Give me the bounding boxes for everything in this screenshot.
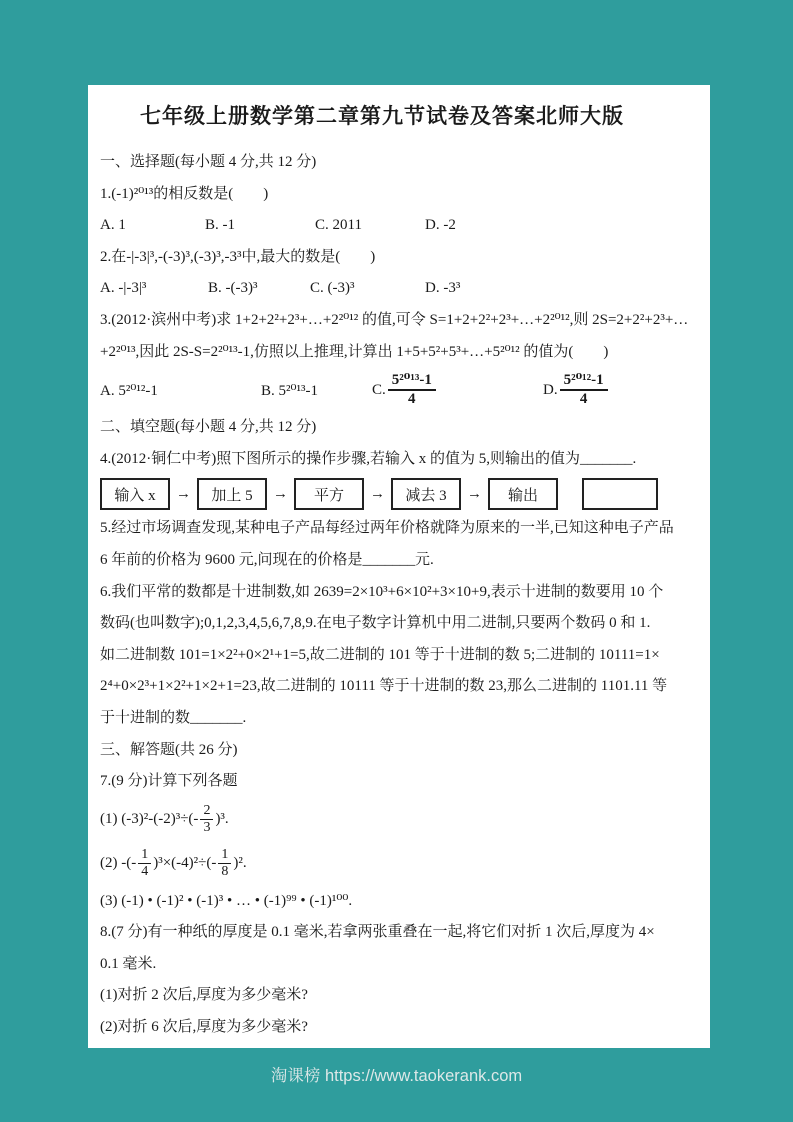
option-c: C. 2011: [315, 210, 425, 242]
flow-box-square: 平方: [294, 478, 364, 510]
question-5-unit: 元.: [415, 552, 434, 568]
question-5-body: 6 年前的价格为 9600 元,问现在的价格是: [100, 552, 363, 568]
question-8-line2: 0.1 毫米.: [100, 949, 664, 981]
fraction-numerator: 5²⁰¹³-1: [388, 372, 436, 391]
option-b: B. -(-3)³: [208, 273, 310, 305]
arrow-right-icon: →: [170, 486, 197, 503]
question-4-body: 4.(2012·铜仁中考)照下图所示的操作步骤,若输入 x 的值为 5,则输出的…: [100, 451, 580, 467]
option-a: A. -|-3|³: [100, 273, 208, 305]
fraction: 1 4: [138, 847, 151, 880]
flow-box-output: 输出: [488, 478, 558, 510]
fraction-denominator: 8: [218, 864, 231, 880]
section1-header: 一、选择题(每小题 4 分,共 12 分): [100, 147, 664, 179]
option-a: A. 1: [100, 210, 205, 242]
expression-text: )³×(-4)²÷(-: [153, 855, 216, 872]
question-6-period: .: [243, 710, 247, 726]
question-7-item2: (2) -(- 1 4 )³×(-4)²÷(- 1 8 )².: [100, 842, 664, 886]
question-7-item1: (1) (-3)²-(-2)³÷(- 2 3 )³.: [100, 798, 664, 842]
page: 七年级上册数学第二章第九节试卷及答案北师大版 一、选择题(每小题 4 分,共 1…: [88, 85, 710, 1048]
flowchart: 输入 x → 加上 5 → 平方 → 减去 3 → 输出: [100, 475, 664, 513]
question-8-sub1: (1)对折 2 次后,厚度为多少毫米?: [100, 980, 664, 1012]
question-1-options: A. 1 B. -1 C. 2011 D. -2: [100, 210, 664, 242]
expression-text: (1) (-3)²-(-2)³÷(-: [100, 811, 198, 828]
answer-blank: _______: [580, 451, 633, 467]
doc-title: 七年级上册数学第二章第九节试卷及答案北师大版: [100, 85, 664, 147]
question-2-text: 2.在-|-3|³,-(-3)³,(-3)³,-3³中,最大的数是( ): [100, 242, 664, 274]
flow-box-subtract3: 减去 3: [391, 478, 461, 510]
expression-text: )².: [233, 855, 246, 872]
footer-watermark: 淘课榜 https://www.taokerank.com: [271, 1067, 522, 1085]
arrow-right-icon: →: [461, 486, 488, 503]
question-6-line1: 6.我们平常的数都是十进制数,如 2639=2×10³+6×10²+3×10+9…: [100, 577, 664, 609]
fraction: 5²⁰¹³-1 4: [388, 372, 436, 409]
flow-box-empty: [582, 478, 658, 510]
fraction-numerator: 2: [200, 803, 213, 820]
section3-header: 三、解答题(共 26 分): [100, 735, 664, 767]
question-6-line4: 2⁴+0×2³+1×2²+1×2+1=23,故二进制的 10111 等于十进制的…: [100, 671, 664, 703]
flow-box-input: 输入 x: [100, 478, 170, 510]
question-3-options: A. 5²⁰¹²-1 B. 5²⁰¹³-1 C. 5²⁰¹³-1 4 D. 5²…: [100, 368, 664, 412]
question-3-line1: 3.(2012·滨州中考)求 1+2+2²+2³+…+2²⁰¹² 的值,可令 S…: [100, 305, 664, 337]
question-1-text: 1.(-1)²⁰¹³的相反数是( ): [100, 179, 664, 211]
flow-box-add5: 加上 5: [197, 478, 267, 510]
answer-blank: _______: [363, 552, 416, 568]
fraction-denominator: 3: [200, 820, 213, 836]
fraction-denominator: 4: [388, 391, 436, 408]
option-d: D. -2: [425, 210, 456, 242]
question-4-text: 4.(2012·铜仁中考)照下图所示的操作步骤,若输入 x 的值为 5,则输出的…: [100, 444, 664, 476]
fraction-denominator: 4: [560, 391, 608, 408]
fraction: 2 3: [200, 803, 213, 836]
question-5-line2: 6 年前的价格为 9600 元,问现在的价格是_______元.: [100, 545, 664, 577]
option-b: B. 5²⁰¹³-1: [261, 381, 372, 400]
fraction-numerator: 5²⁰¹²-1: [560, 372, 608, 391]
arrow-right-icon: →: [364, 486, 391, 503]
option-a: A. 5²⁰¹²-1: [100, 381, 261, 400]
question-8-sub2: (2)对折 6 次后,厚度为多少毫米?: [100, 1012, 664, 1044]
answer-blank: _______: [190, 710, 243, 726]
question-6-line3: 如二进制数 101=1×2²+0×2¹+1=5,故二进制的 101 等于十进制的…: [100, 640, 664, 672]
expression-text: )³.: [215, 811, 228, 828]
fraction-numerator: 1: [218, 847, 231, 864]
question-6-line2: 数码(也叫数字);0,1,2,3,4,5,6,7,8,9.在电子数字计算机中用二…: [100, 608, 664, 640]
question-2-options: A. -|-3|³ B. -(-3)³ C. (-3)³ D. -3³: [100, 273, 664, 305]
option-c: C. 5²⁰¹³-1 4: [372, 372, 543, 409]
expression-text: (2) -(-: [100, 855, 136, 872]
question-7-item3: (3) (-1) • (-1)² • (-1)³ • … • (-1)⁹⁹ • …: [100, 886, 664, 918]
option-d: D. 5²⁰¹²-1 4: [543, 372, 610, 409]
option-c: C. (-3)³: [310, 273, 425, 305]
fraction: 5²⁰¹²-1 4: [560, 372, 608, 409]
fraction: 1 8: [218, 847, 231, 880]
question-6-body: 于十进制的数: [100, 710, 190, 726]
question-3-line2: +2²⁰¹³,因此 2S-S=2²⁰¹³-1,仿照以上推理,计算出 1+5+5²…: [100, 337, 664, 369]
question-5-line1: 5.经过市场调查发现,某种电子产品每经过两年价格就降为原来的一半,已知这种电子产…: [100, 513, 664, 545]
fraction-numerator: 1: [138, 847, 151, 864]
option-d-label: D.: [543, 382, 558, 399]
section2-header: 二、填空题(每小题 4 分,共 12 分): [100, 412, 664, 444]
question-6-line5: 于十进制的数_______.: [100, 703, 664, 735]
question-8-line1: 8.(7 分)有一种纸的厚度是 0.1 毫米,若拿两张重叠在一起,将它们对折 1…: [100, 917, 664, 949]
question-7-header: 7.(9 分)计算下列各题: [100, 766, 664, 798]
option-c-label: C.: [372, 382, 386, 399]
option-d: D. -3³: [425, 273, 460, 305]
question-4-period: .: [633, 451, 637, 467]
option-b: B. -1: [205, 210, 315, 242]
arrow-right-icon: →: [267, 486, 294, 503]
fraction-denominator: 4: [138, 864, 151, 880]
footer: 淘课榜 https://www.taokerank.com: [0, 1062, 793, 1086]
